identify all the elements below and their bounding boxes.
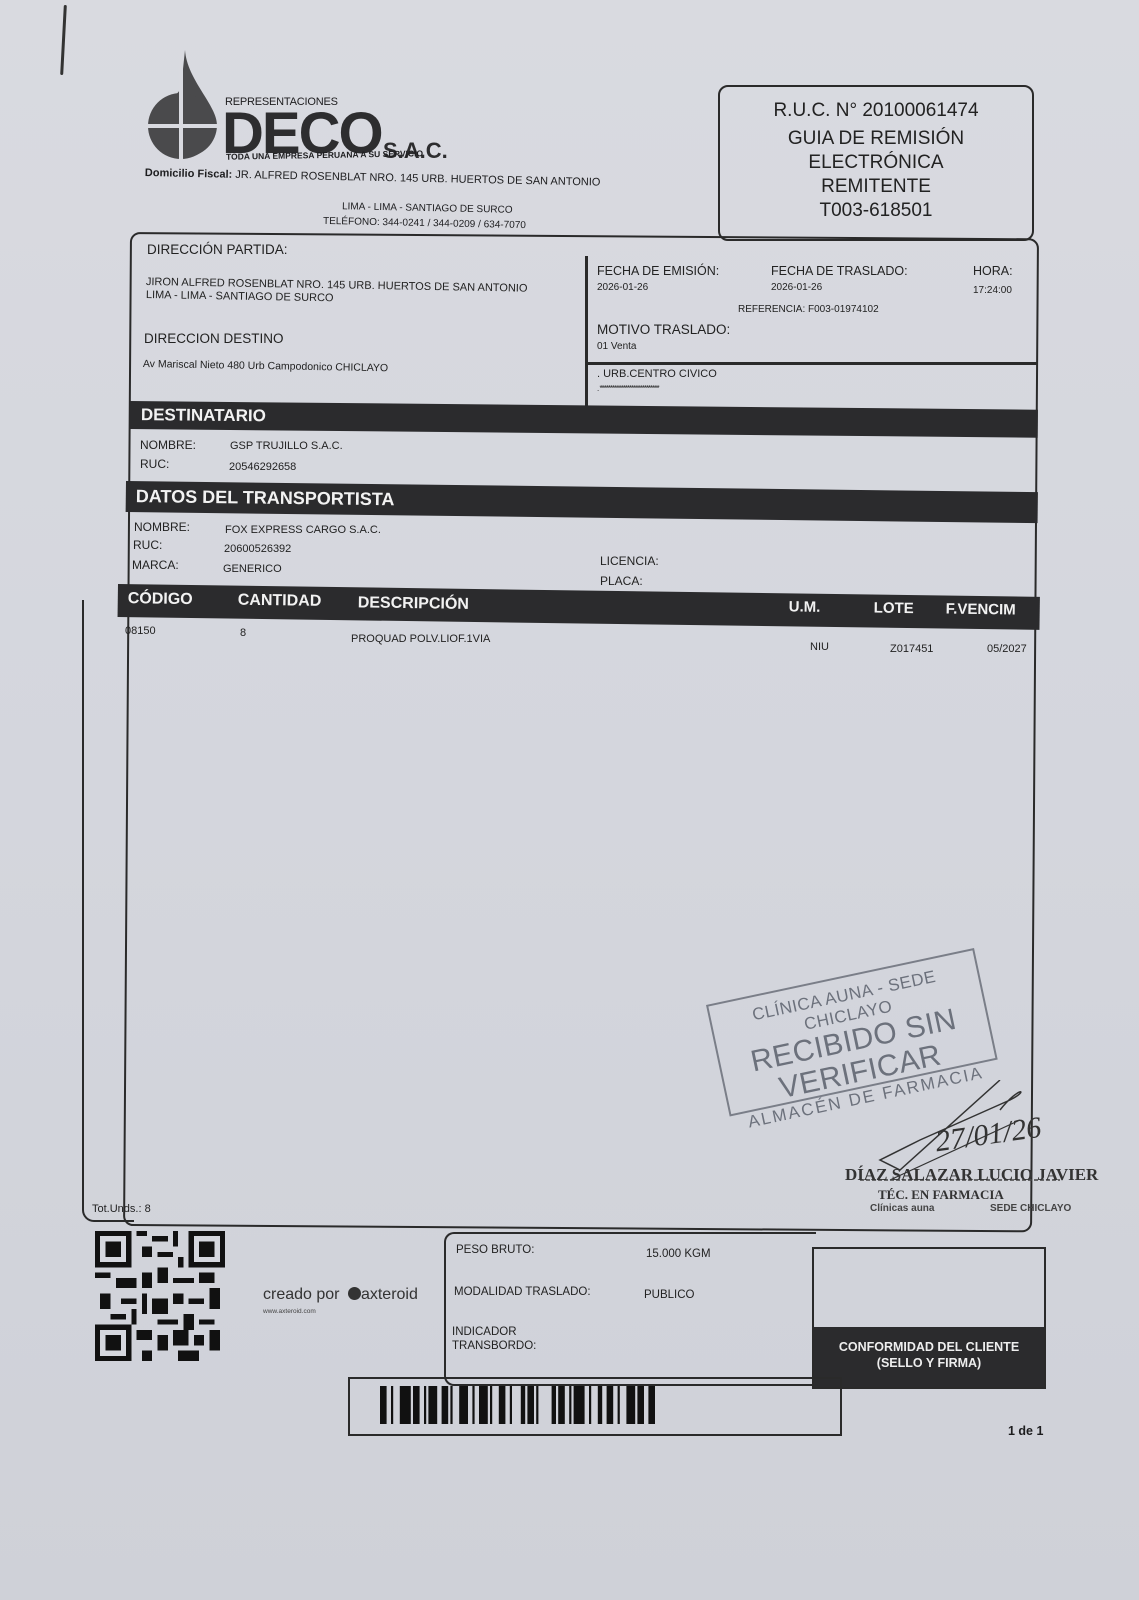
row-um: NIU: [810, 641, 829, 653]
doc-number: T003-618501: [720, 199, 1032, 223]
deco-logo-icon: [145, 50, 225, 160]
hora-label: HORA:: [973, 264, 1013, 278]
fiscal-address-value: JR. ALFRED ROSENBLAT NRO. 145 URB. HUERT…: [235, 169, 600, 189]
destinatario-header: DESTINATARIO: [141, 405, 266, 426]
row-vencim: 05/2027: [987, 643, 1027, 655]
row-cantidad: 8: [240, 627, 246, 639]
qr-code-icon: [95, 1230, 225, 1362]
total-units: Tot.Unds.: 8: [92, 1203, 151, 1215]
signer-sede: SEDE CHICLAYO: [990, 1203, 1071, 1214]
col-descripcion: DESCRIPCIÓN: [358, 594, 469, 614]
address-divider: [585, 256, 588, 409]
dest-nombre-label: NOMBRE:: [140, 438, 196, 452]
page-number: 1 de 1: [1008, 1424, 1043, 1438]
dots-line: . ****************************: [597, 384, 659, 393]
conformidad-label: CONFORMIDAD DEL CLIENTE (SELLO Y FIRMA): [814, 1327, 1044, 1387]
company-phone: TELÉFONO: 344-0241 / 344-0209 / 634-7070: [323, 216, 526, 231]
indicador-label-2: TRANSBORDO:: [452, 1340, 536, 1352]
trans-nombre: FOX EXPRESS CARGO S.A.C.: [225, 524, 381, 536]
creado-text: creado por: [263, 1286, 340, 1303]
axteroid-logo-icon: [348, 1287, 361, 1300]
dest-ruc: 20546292658: [229, 461, 296, 473]
fiscal-city: LIMA - LIMA - SANTIAGO DE SURCO: [342, 201, 513, 216]
barcode-box: [348, 1377, 842, 1436]
col-cantidad: CANTIDAD: [238, 592, 322, 611]
document-id-box: R.U.C. N° 20100061474 GUIA DE REMISIÓN E…: [718, 85, 1034, 241]
transportista-header: DATOS DEL TRANSPORTISTA: [136, 486, 395, 510]
destino-label: DIRECCION DESTINO: [144, 331, 284, 346]
col-lote: LOTE: [874, 600, 914, 618]
barcode-icon: [380, 1386, 800, 1424]
axteroid-brand: axteroid: [361, 1286, 418, 1303]
emision-label: FECHA DE EMISIÓN:: [597, 264, 719, 278]
dest-nombre: GSP TRUJILLO S.A.C.: [230, 440, 343, 452]
conformidad-line2: (SELLO Y FIRMA): [814, 1355, 1044, 1371]
fiscal-address: Domicilio Fiscal: JR. ALFRED ROSENBLAT N…: [145, 167, 601, 189]
modalidad-label: MODALIDAD TRASLADO:: [454, 1286, 591, 1298]
creado-por: creado por axteroid: [263, 1286, 418, 1304]
col-um: U.M.: [789, 598, 821, 615]
doc-title-2: ELECTRÓNICA: [720, 151, 1032, 175]
main-frame-left-edge: [82, 600, 134, 1222]
emision-value: 2026-01-26: [597, 282, 648, 293]
partida-label: DIRECCIÓN PARTIDA:: [147, 242, 288, 257]
trans-marca-label: MARCA:: [132, 558, 179, 572]
conformidad-line1: CONFORMIDAD DEL CLIENTE: [814, 1339, 1044, 1355]
axteroid-url[interactable]: www.axteroid.com: [263, 1308, 316, 1315]
motivo-divider: [587, 362, 1037, 365]
row-descripcion: PROQUAD POLV.LIOF.1VIA: [351, 633, 490, 645]
shipment-info-box: PESO BRUTO: 15.000 KGM MODALIDAD TRASLAD…: [444, 1232, 816, 1386]
traslado-value: 2026-01-26: [771, 282, 822, 293]
col-codigo: CÓDIGO: [128, 590, 193, 609]
trans-nombre-label: NOMBRE:: [134, 520, 190, 534]
doc-title-1: GUIA DE REMISIÓN: [720, 127, 1032, 151]
ruc-number: R.U.C. N° 20100061474: [720, 99, 1032, 123]
signer-name: DÍAZ SALAZAR LUCIO JAVIER: [845, 1165, 1098, 1185]
licencia-label: LICENCIA:: [600, 554, 659, 568]
doc-title-3: REMITENTE: [720, 175, 1032, 199]
placa-label: PLACA:: [600, 574, 643, 588]
conformidad-box: CONFORMIDAD DEL CLIENTE (SELLO Y FIRMA): [812, 1247, 1046, 1389]
motivo-value: 01 Venta: [597, 341, 636, 352]
trans-ruc: 20600526392: [224, 543, 291, 555]
dest-ruc-label: RUC:: [140, 457, 169, 471]
col-vencim: F.VENCIM: [946, 601, 1016, 619]
trans-marca: GENERICO: [223, 563, 282, 575]
pen-mark: [60, 5, 67, 75]
traslado-label: FECHA DE TRASLADO:: [771, 264, 908, 278]
modalidad-value: PUBLICO: [644, 1289, 695, 1301]
urb-line: . URB.CENTRO CIVICO: [597, 368, 717, 380]
fiscal-label: Domicilio Fiscal:: [145, 167, 233, 181]
indicador-label-1: INDICADOR: [452, 1326, 517, 1338]
trans-ruc-label: RUC:: [133, 538, 162, 552]
row-codigo: 08150: [125, 625, 156, 637]
motivo-label: MOTIVO TRASLADO:: [597, 322, 730, 337]
row-lote: Z017451: [890, 643, 933, 655]
peso-value: 15.000 KGM: [646, 1248, 711, 1260]
signer-clinic: Clínicas auna: [870, 1203, 934, 1214]
signer-title: TÉC. EN FARMACIA: [878, 1187, 1004, 1203]
peso-label: PESO BRUTO:: [456, 1244, 534, 1256]
hora-value: 17:24:00: [973, 285, 1012, 296]
referencia: REFERENCIA: F003-01974102: [738, 304, 879, 315]
